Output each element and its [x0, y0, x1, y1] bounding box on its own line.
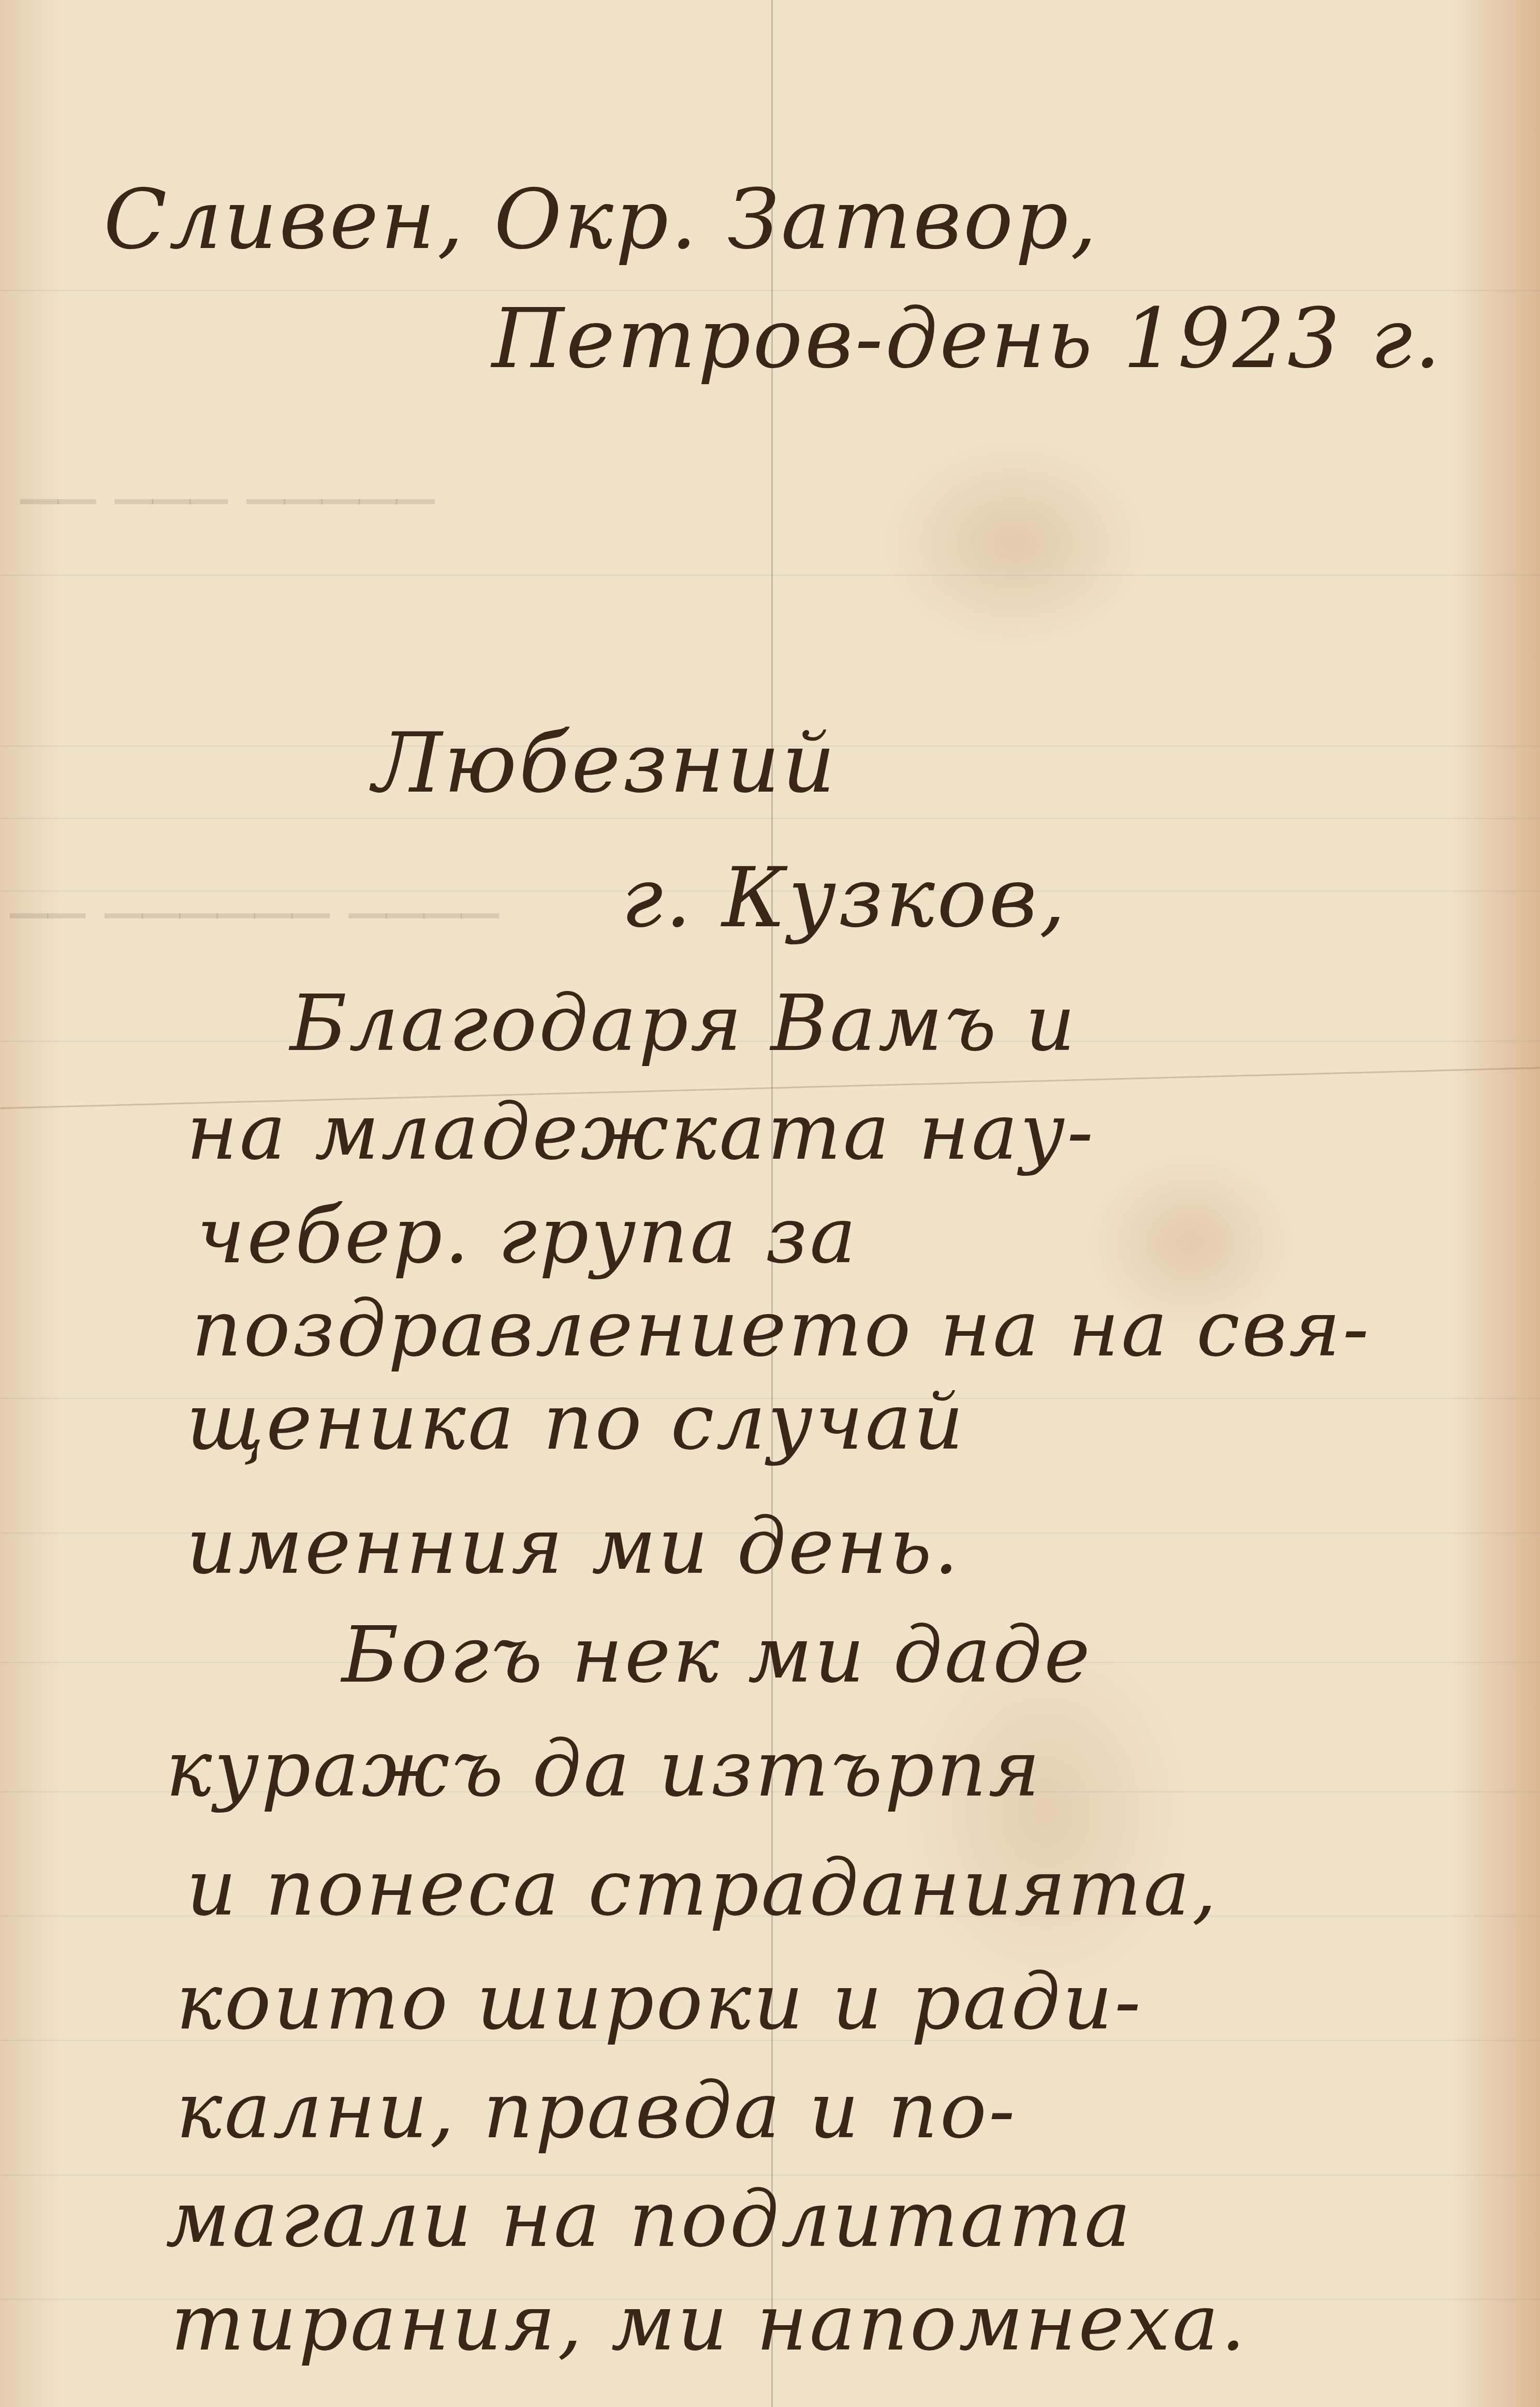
- salutation-line-1: Любезний: [373, 714, 837, 811]
- body-line: щеника по случай: [186, 1377, 965, 1467]
- body-line: именния ми день.: [186, 1501, 961, 1592]
- body-line: магали на подлитата: [166, 2175, 1133, 2265]
- ruled-line: [0, 818, 1540, 819]
- body-line: Богъ нек ми даде: [342, 1610, 1092, 1700]
- body-line: куражъ да изтърпя: [166, 1724, 1042, 1814]
- salutation-line-2: г. Кузков,: [621, 849, 1067, 946]
- header-date-line: Петров-день 1923 г.: [492, 290, 1443, 387]
- letter-paper: ───── ─── ── ──── ────── ── Сливен, Окр.…: [0, 0, 1540, 2407]
- bleed-through-text: ───── ─── ──: [21, 466, 434, 538]
- body-line: и понеса страданията,: [186, 1843, 1219, 1933]
- body-line: чебер. група за: [197, 1191, 858, 1281]
- body-line: поздравлението на на свя-: [192, 1284, 1371, 1374]
- bleed-through-text: ──── ────── ──: [10, 880, 498, 952]
- body-line: Благодаря Вамъ и: [290, 979, 1077, 1069]
- header-place-line: Сливен, Окр. Затвор,: [104, 171, 1099, 268]
- body-line: на младежката нау-: [186, 1087, 1095, 1177]
- body-line: кални, правда и по-: [176, 2066, 1017, 2156]
- ruled-line: [0, 575, 1540, 576]
- body-line: които широки и ради-: [176, 1957, 1143, 2047]
- body-line: тирания, ми напомнеха.: [171, 2278, 1248, 2368]
